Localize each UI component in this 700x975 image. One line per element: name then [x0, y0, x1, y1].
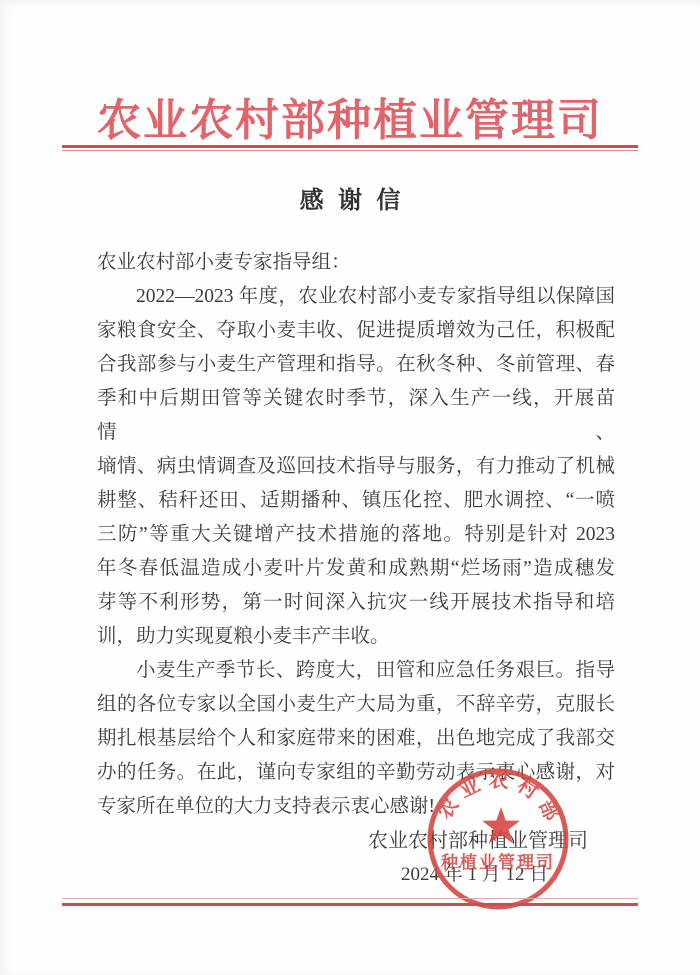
seal-bottom-text: 种植业管理司 [440, 852, 555, 872]
divider-thin-line [62, 898, 638, 899]
letterhead-divider [62, 145, 638, 151]
divider-thin-line [62, 150, 638, 151]
divider-thick-line [62, 903, 638, 906]
body-line: 芽等不利形势，第一时间深入抗灾一线开展技术指导和培 [97, 586, 615, 620]
body-line: 三防”等重大关键增产技术措施的落地。特别是针对 2023 [97, 518, 615, 552]
body-line: 墒情、病虫情调查及巡回技术指导与服务，有力推动了机械 [97, 450, 615, 484]
letterhead-org-name: 农业农村部种植业管理司 [0, 84, 700, 148]
divider-thick-line [62, 145, 638, 148]
body-line: 训，助力实现夏粮小麦丰产丰收。 [97, 620, 615, 654]
body-line: 小麦生产季节长、跨度大，田管和应急任务艰巨。指导 [97, 654, 615, 688]
body-line: 季和中后期田管等关键农时季节，深入生产一线，开展苗情、 [97, 382, 615, 450]
body-line: 2022—2023 年度，农业农村部小麦专家指导组以保障国 [97, 280, 615, 314]
body-line: 年冬春低温造成小麦叶片发黄和成熟期“烂场雨”造成穗发 [97, 552, 615, 586]
official-seal: 农业农村部 种植业管理司 [422, 763, 574, 915]
letter-title: 感谢信 [0, 180, 700, 215]
salutation-line: 农业农村部小麦专家指导组： [97, 246, 615, 280]
letter-body: 农业农村部小麦专家指导组： 2022—2023 年度，农业农村部小麦专家指导组以… [97, 246, 615, 824]
footer-divider [62, 898, 638, 906]
body-line: 组的各位专家以全国小麦生产大局为重，不辞辛劳，克服长 [97, 688, 615, 722]
body-line: 家粮食安全、夺取小麦丰收、促进提质增效为己任，积极配 [97, 314, 615, 348]
body-line: 耕整、秸秆还田、适期播种、镇压化控、肥水调控、“一喷 [97, 484, 615, 518]
seal-star-icon [482, 807, 520, 843]
scanned-letter-page: 农业农村部种植业管理司 感谢信 农业农村部小麦专家指导组： 2022—2023 … [0, 0, 700, 975]
body-line: 期扎根基层给个人和家庭带来的困难，出色地完成了我部交 [97, 722, 615, 756]
body-line: 合我部参与小麦生产管理和指导。在秋冬种、冬前管理、春 [97, 348, 615, 382]
